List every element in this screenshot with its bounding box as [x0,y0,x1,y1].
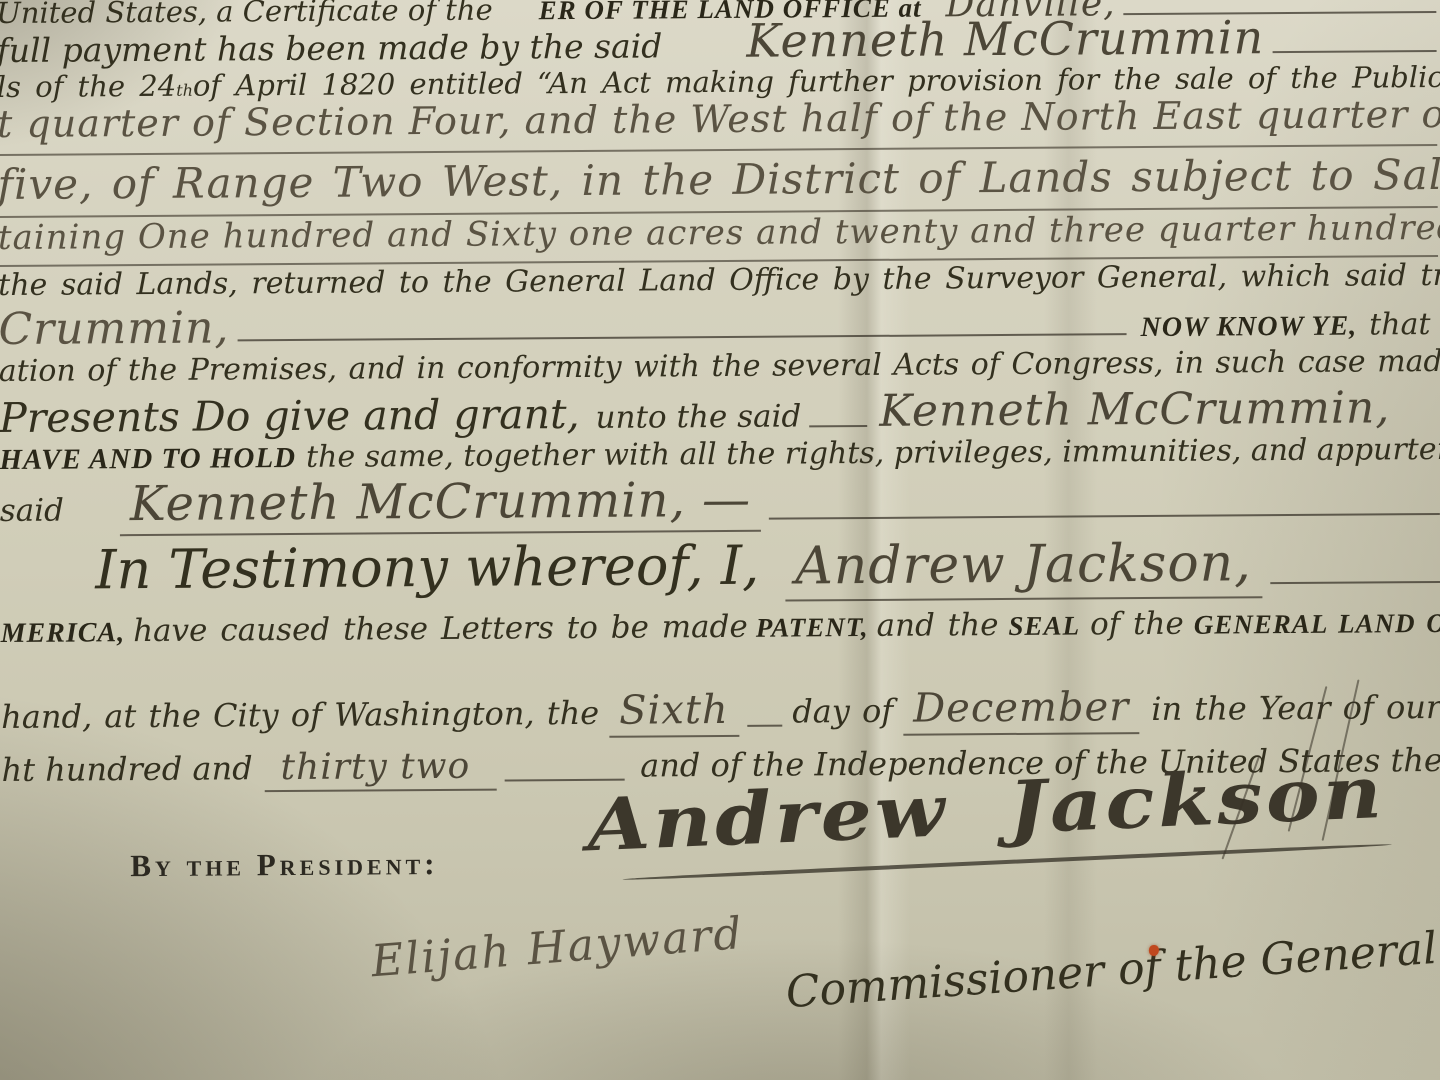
president-name-handwritten: Andrew Jackson, [785,534,1262,602]
year-of-our-text: in the Year of our [1151,690,1440,728]
hundred-and-text: ht hundred and [1,751,252,789]
grantee-line: said Kenneth McCrummin, — [0,469,1440,537]
america-caps: MERICA, [1,617,126,649]
day-handwritten: Sixth [609,688,739,738]
commissioner-title: Commissioner of the General Land Offi [784,909,1440,1018]
grantee-name-handwritten-2: Kenneth McCrummin, [879,383,1390,436]
payment-text: full payment has been made by the said [0,28,662,70]
rule-line [1270,581,1440,584]
document-text-layer: United States, a Certificate of the ER O… [0,0,1440,1080]
rule-line [769,513,1440,520]
land-description-line-1: t quarter of Section Four, and the West … [0,93,1437,156]
premises-line: ation of the Premises, and in conformity… [0,345,1439,389]
act-text-a: ls of the 24 [0,70,176,104]
grantee-name-handwritten-3: Kenneth McCrummin, — [120,474,761,536]
of-the-text: of the [1090,607,1184,642]
commissioner-signature: Elijah Hayward [370,909,746,987]
patent-caps: PATENT, [756,612,869,643]
land-description-line-2: five, of Range Two West, in the District… [0,151,1438,218]
testimony-text: In Testimony whereof, I, [95,536,759,601]
commissioner-title-text: Commissioner of the General Land Offi [784,909,1440,1018]
elijah-hayward-signature: Elijah Hayward [370,909,746,987]
rule-line [1272,50,1436,53]
grantee-name-handwritten: Kenneth McCrummin [746,12,1264,67]
year-handwritten: thirty two [264,747,496,793]
letters-patent-text: have caused these Letters to be made [133,610,748,649]
general-land-office-caps: GENERAL LAND OFFICE [1194,607,1440,640]
seal-caps: SEAL [1008,610,1080,641]
land-patent-photo: United States, a Certificate of the ER O… [0,0,1440,1080]
now-know-ye-caps: NOW KNOW YE, [1140,311,1357,344]
rule-line [237,333,1126,341]
month-handwritten: December [903,685,1139,735]
grant-big-text: Presents Do give and grant, [0,392,580,442]
washington-text: hand, at the City of Washington, the [1,696,599,736]
habendum-text: the same, together with all the rights, … [306,432,1440,474]
land-description-handwritten-1: t quarter of Section Four, and the West … [0,93,1440,146]
seal-line: MERICA, have caused these Letters to be … [1,605,1440,650]
rule-line [747,724,783,726]
grant-small-text: unto the said [595,399,801,435]
ordinal-sup: th [176,82,193,100]
rule-line [809,425,867,427]
land-description-handwritten-2: five, of Range Two West, in the District… [0,151,1440,208]
have-and-to-hold-caps: HAVE AND TO HOLD [0,442,296,477]
and-the-text: and the [876,608,998,644]
day-of-text: day of [792,694,893,731]
that-text: that [1369,308,1431,342]
said-text: said [0,494,64,529]
name-fragment-handwritten: Crummin, [0,303,230,354]
by-the-president-label: By the President: [130,847,439,884]
washington-date-line: hand, at the City of Washington, the Six… [1,683,1440,742]
by-the-president-text: By the President: [130,847,439,884]
testimony-line: In Testimony whereof, I, Andrew Jackson, [95,531,1440,607]
land-description-line-3: taining One hundred and Sixty one acres … [0,209,1438,267]
